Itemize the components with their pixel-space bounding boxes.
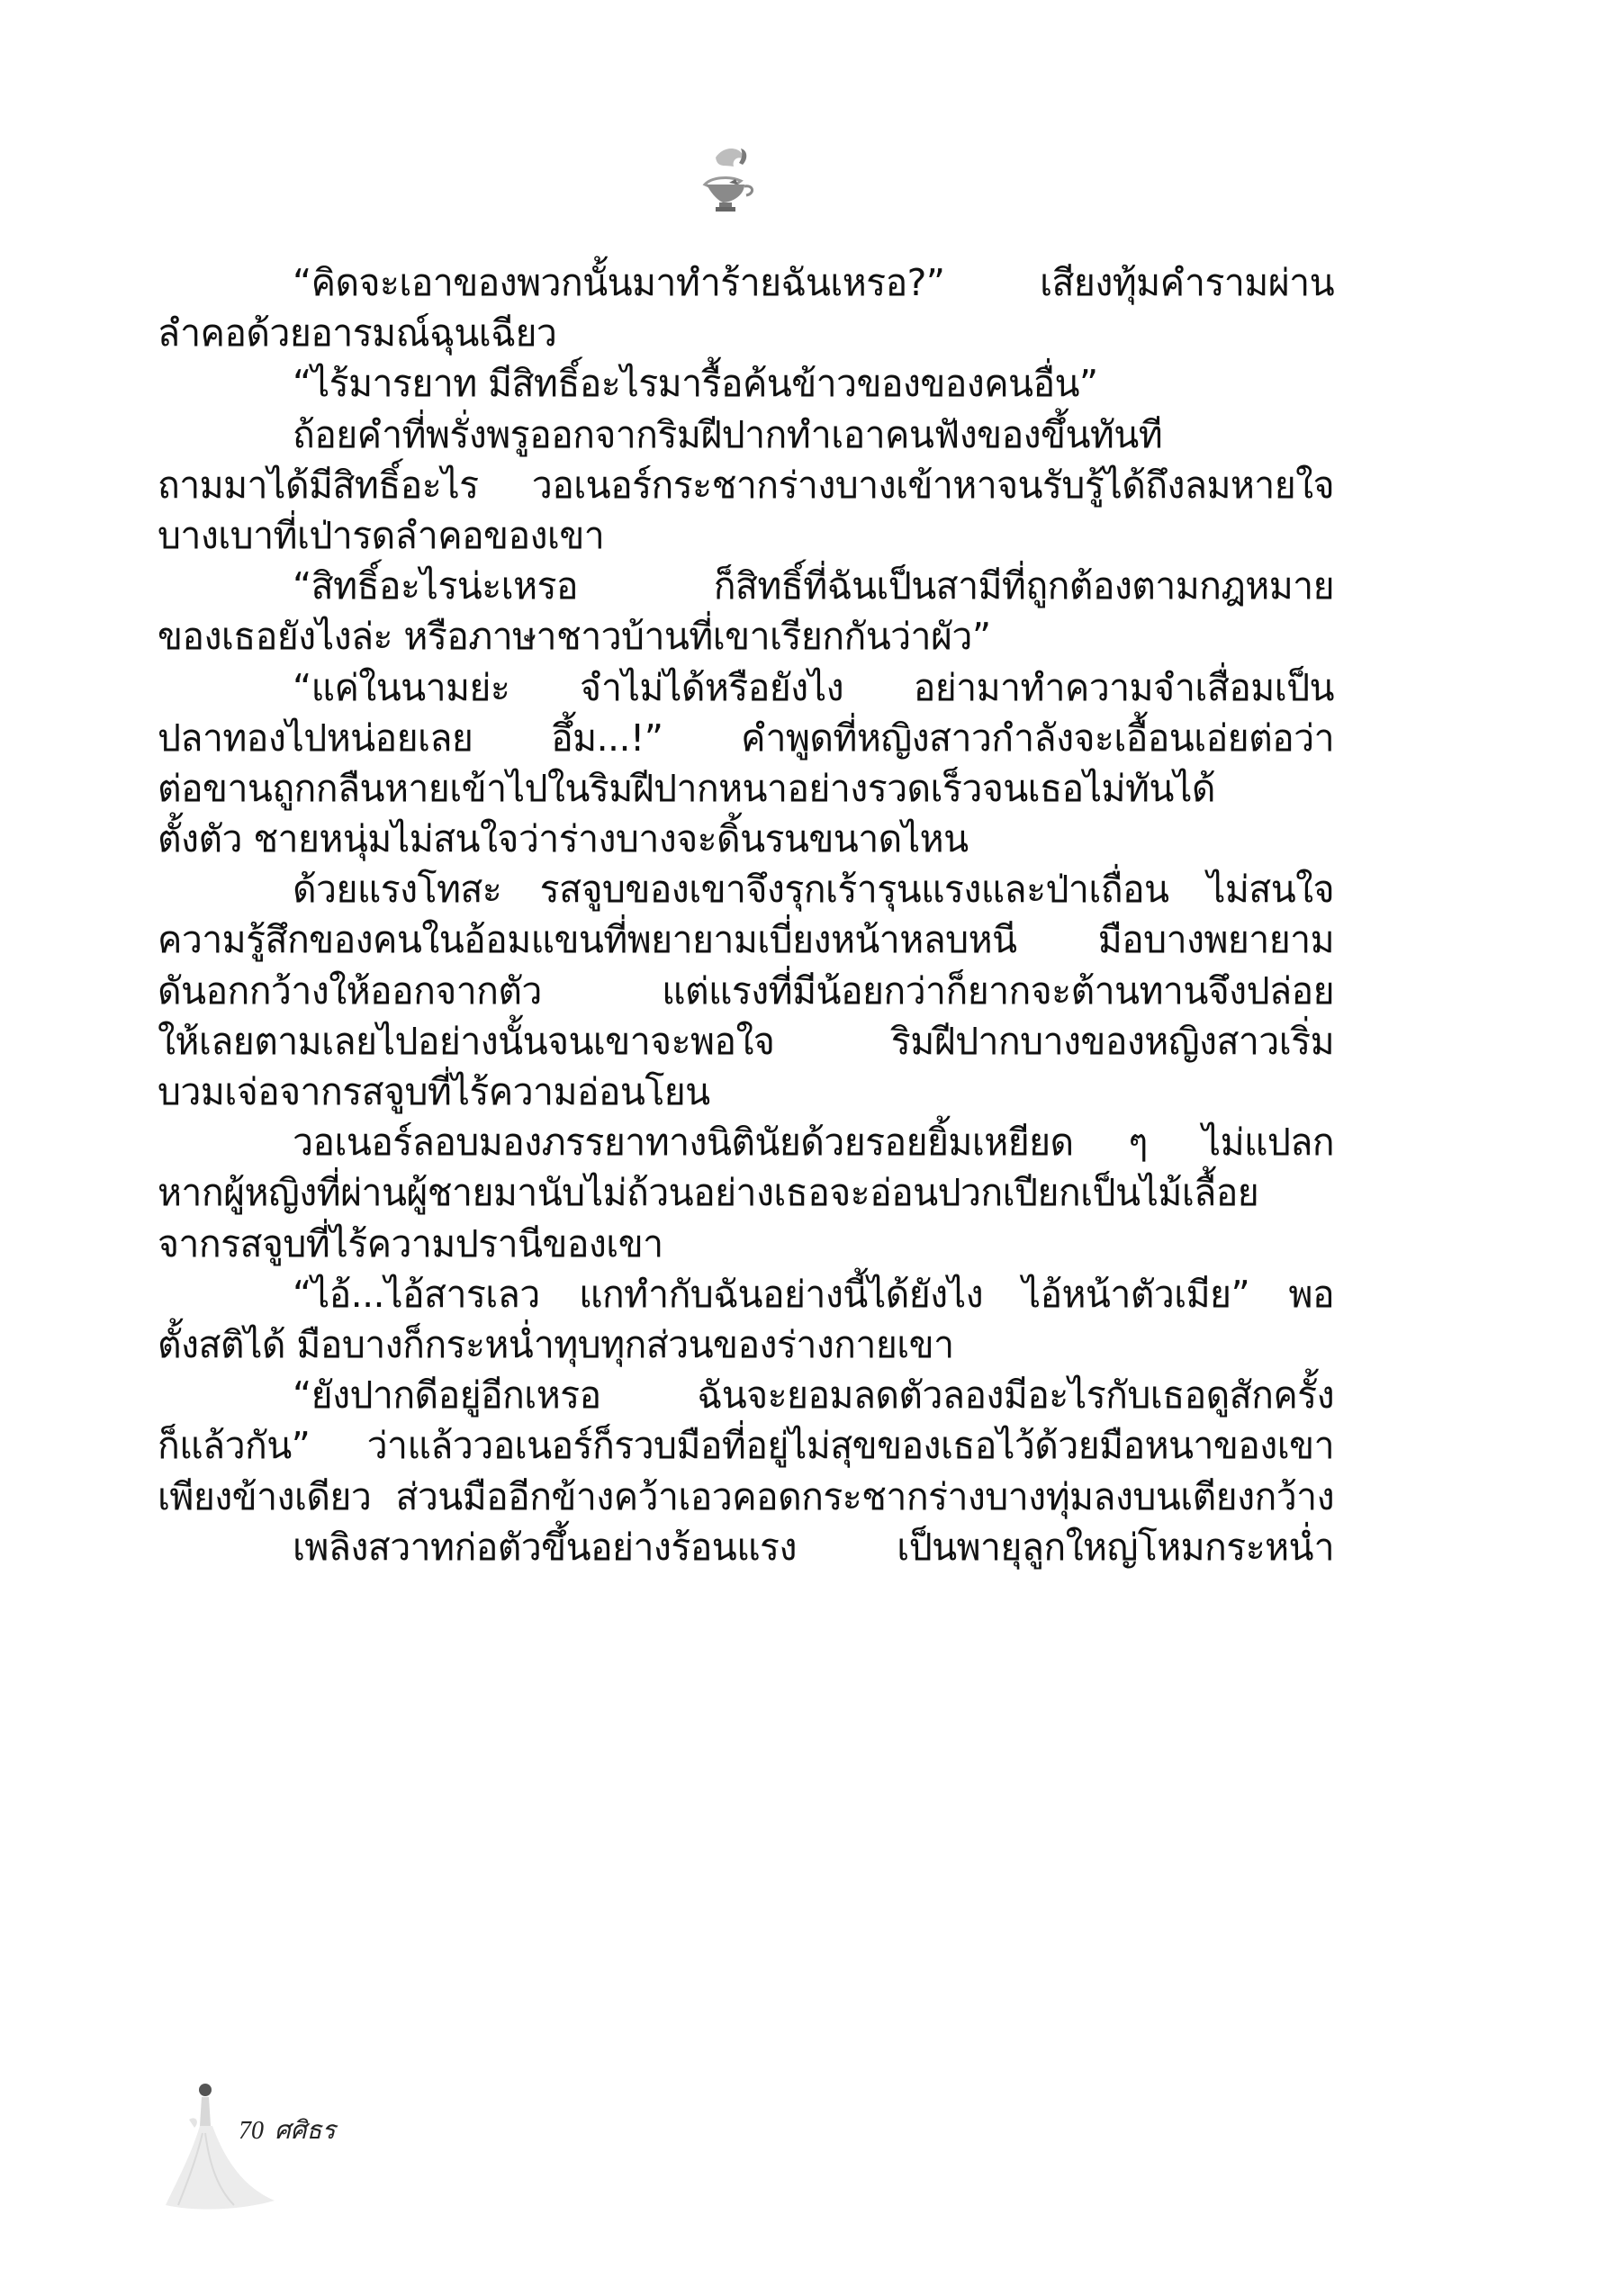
text-line: ให้เลยตามเลยไปอย่างนั้นจนเขาจะพอใจ ริมฝี… — [158, 1016, 1334, 1067]
text-line: ด้วยแรงโทสะ รสจูบของเขาจึงรุกเร้ารุนแรงแ… — [158, 864, 1334, 914]
text-line: เพียงข้างเดียว ส่วนมืออีกข้างคว้าเอวคอดก… — [158, 1472, 1334, 1522]
page-number-label: 70ศศิธร — [239, 2111, 336, 2150]
text-line: ถามมาได้มีสิทธิ์อะไร วอเนอร์กระชากร่างบา… — [158, 460, 1334, 510]
text-line: ปลาทองไปหน่อยเลย อึ้ม...!” คำพูดที่หญิงส… — [158, 713, 1334, 763]
magic-lamp-icon — [689, 140, 770, 221]
text-line: วอเนอร์ลอบมองภรรยาทางนิตินัยด้วยรอยยิ้มเ… — [158, 1117, 1334, 1167]
text-line: บางเบาที่เป่ารดลำคอของเขา — [158, 510, 1334, 561]
text-line: ก็แล้วกัน” ว่าแล้ววอเนอร์ก็รวบมือที่อยู่… — [158, 1420, 1334, 1471]
text-line: เพลิงสวาทก่อตัวขึ้นอย่างร้อนแรง เป็นพายุ… — [158, 1522, 1334, 1572]
text-line: ดันอกกว้างให้ออกจากตัว แต่แรงที่มีน้อยกว… — [158, 966, 1334, 1016]
text-line: จากรสจูบที่ไร้ความปรานีของเขา — [158, 1219, 1334, 1269]
text-line: หากผู้หญิงที่ผ่านผู้ชายมานับไม่ถ้วนอย่าง… — [158, 1167, 1334, 1218]
text-line: “ไร้มารยาท มีสิทธิ์อะไรมารื้อค้นข้าวของข… — [158, 358, 1334, 409]
text-line: ตั้งตัว ชายหนุ่มไม่สนใจว่าร่างบางจะดิ้นร… — [158, 814, 1334, 864]
chapter-body-text: “คิดจะเอาของพวกนั้นมาทำร้ายฉันเหรอ?” เสี… — [158, 257, 1334, 1572]
text-line: ถ้อยคำที่พรั่งพรูออกจากริมฝีปากทำเอาคนฟั… — [158, 410, 1334, 460]
text-line: ต่อขานถูกกลืนหายเข้าไปในริมฝีปากหนาอย่าง… — [158, 763, 1334, 814]
text-line: “ยังปากดีอยู่อีกเหรอ ฉันจะยอมลดตัวลองมีอ… — [158, 1370, 1334, 1420]
text-line: ตั้งสติได้ มือบางก็กระหน่ำทุบทุกส่วนของร… — [158, 1319, 1334, 1370]
text-line: บวมเจ่อจากรสจูบที่ไร้ความอ่อนโยน — [158, 1067, 1334, 1117]
page-number: 70 — [239, 2117, 264, 2145]
author-name: ศศิธร — [275, 2117, 336, 2145]
text-line: ลำคอด้วยอารมณ์ฉุนเฉียว — [158, 308, 1334, 358]
text-line: “คิดจะเอาของพวกนั้นมาทำร้ายฉันเหรอ?” เสี… — [158, 257, 1334, 308]
text-line: “สิทธิ์อะไรน่ะเหรอ ก็สิทธิ์ที่ฉันเป็นสาม… — [158, 561, 1334, 611]
page-footer: 70ศศิธร — [153, 2070, 513, 2223]
text-line: “ไอ้...ไอ้สารเลว แกทำกับฉันอย่างนี้ได้ยั… — [158, 1269, 1334, 1319]
text-line: ของเธอยังไงล่ะ หรือภาษาชาวบ้านที่เขาเรีย… — [158, 611, 1334, 662]
text-line: “แค่ในนามย่ะ จำไม่ได้หรือยังไง อย่ามาทำค… — [158, 662, 1334, 713]
text-line: ความรู้สึกของคนในอ้อมแขนที่พยายามเบี่ยงห… — [158, 914, 1334, 965]
